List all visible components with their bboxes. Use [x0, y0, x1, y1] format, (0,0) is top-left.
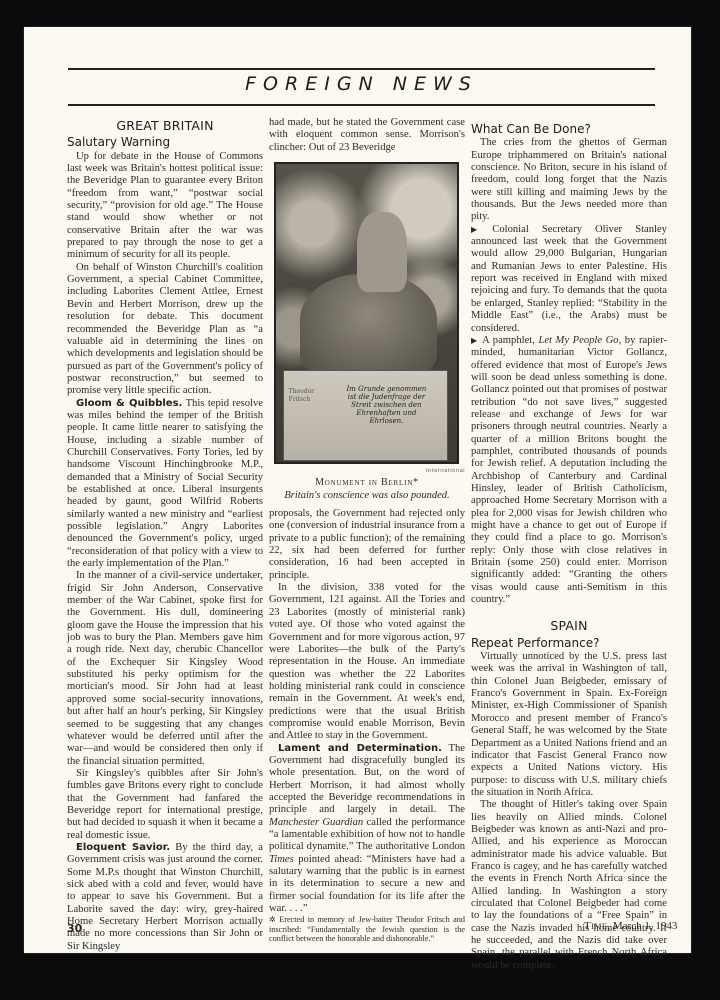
paragraph: On behalf of Winston Churchill's coaliti…	[67, 262, 263, 398]
subhead-lament-determination: Lament and Determination.	[278, 743, 442, 754]
section-masthead: FOREIGN NEWS	[68, 73, 655, 97]
footnote: ✲ Erected in memory of Jew-baiter Theodo…	[269, 915, 465, 943]
paragraph: proposals, the Government had rejected o…	[269, 508, 465, 582]
paragraph: Gloom & Quibbles. This tepid resolve was…	[67, 398, 263, 571]
pamphlet-title: Let My People Go	[538, 335, 618, 346]
paragraph: Up for debate in the House of Commons la…	[67, 151, 263, 262]
column-3: What Can Be Done? The cries from the ghe…	[471, 117, 667, 972]
photo-side-inscription: Theodor Fritsch	[289, 388, 338, 404]
subhead-gloom-quibbles: Gloom & Quibbles.	[76, 398, 182, 409]
column-2: had made, but he stated the Government c…	[269, 117, 465, 944]
paragraph: In the manner of a civil-service underta…	[67, 570, 263, 768]
magazine-name: Time	[584, 920, 607, 932]
magazine-page: FOREIGN NEWS GREAT BRITAIN Salutary Warn…	[24, 27, 691, 953]
headline-repeat-performance: Repeat Performance?	[471, 637, 667, 649]
page-number: 30	[67, 922, 82, 935]
photo-caption-subtitle: Britain's conscience was also pounded.	[269, 490, 465, 502]
publication-name: Manchester Guardian	[269, 817, 363, 828]
section-title-great-britain: GREAT BRITAIN	[67, 120, 263, 132]
publication-name: Times	[269, 854, 294, 865]
paragraph: The thought of Hitler's taking over Spai…	[471, 799, 667, 972]
column-1: GREAT BRITAIN Salutary Warning Up for de…	[67, 117, 263, 953]
headline-salutary-warning: Salutary Warning	[67, 136, 263, 148]
bullet-triangle-icon: ▶	[471, 224, 477, 236]
paragraph: Lament and Determination. The Government…	[269, 743, 465, 916]
paragraph: Virtually unnoticed by the U.S. press la…	[471, 651, 667, 799]
section-title-spain: SPAIN	[471, 620, 667, 632]
issue-date: , March 1, 1943	[607, 920, 677, 932]
bullet-paragraph: ▶ Colonial Secretary Oliver Stanley anno…	[471, 224, 667, 335]
paragraph: had made, but he stated the Government c…	[269, 117, 465, 154]
bullet-paragraph: ▶ A pamphlet, Let My People Go, by rapie…	[471, 335, 667, 607]
photo-credit: International	[269, 465, 465, 477]
subhead-eloquent-savior: Eloquent Savior.	[76, 842, 170, 853]
paragraph: In the division, 338 voted for the Gover…	[269, 582, 465, 742]
photo-statue-figure	[357, 212, 407, 292]
masthead-bottom-rule	[68, 104, 655, 106]
photo-caption-title: Monument in Berlin*	[269, 477, 465, 489]
photo-inscription: Im Grunde genommen ist die Judenfrage de…	[341, 385, 432, 425]
paragraph: The cries from the ghettos of German Eur…	[471, 137, 667, 223]
bullet-triangle-icon: ▶	[471, 335, 477, 347]
top-rule	[68, 68, 655, 70]
issue-dateline: Time, March 1, 1943	[584, 920, 677, 932]
paragraph: Eloquent Savior. By the third day, a Gov…	[67, 842, 263, 953]
paragraph: Sir Kingsley's quibbles after Sir John's…	[67, 768, 263, 842]
photo-monument-in-berlin: Theodor Fritsch Im Grunde genommen ist d…	[274, 162, 459, 464]
headline-what-can-be-done: What Can Be Done?	[471, 123, 667, 135]
